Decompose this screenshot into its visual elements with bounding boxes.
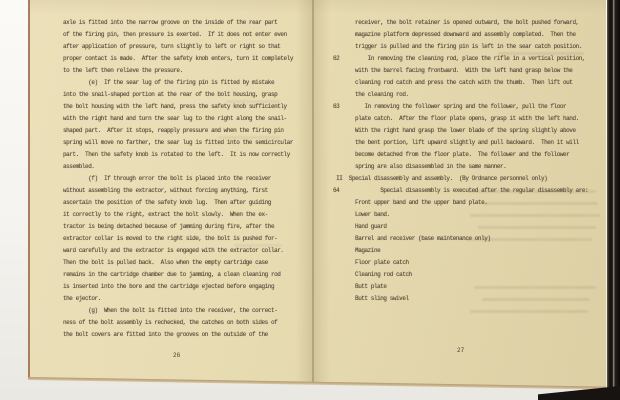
text-line: Then the bolt is pulled back. Also when … xyxy=(63,257,309,269)
bleed-through-mark xyxy=(226,100,280,103)
text-line: with the barrel facing frontward. With t… xyxy=(333,65,601,77)
text-line: Floor plate catch xyxy=(333,257,601,269)
text-line: With the right hand grasp the lower blad… xyxy=(333,125,601,137)
text-line: II Special disassembly and assembly. (By… xyxy=(333,173,601,185)
text-line: (g) When the bolt is fitted into the rec… xyxy=(63,305,309,317)
text-line: the cleaning rod. xyxy=(333,89,601,101)
bleed-through-mark xyxy=(468,190,596,193)
bleed-through-mark xyxy=(498,52,584,55)
text-line: of the firing pin, then pressure is exer… xyxy=(63,29,309,41)
text-line: cleaning rod catch and press the catch w… xyxy=(333,77,601,89)
text-line: without assembling the extractor, withou… xyxy=(63,185,309,197)
left-page-text: axle is fitted into the narrow groove on… xyxy=(63,17,309,341)
bleed-through-mark xyxy=(234,244,282,247)
bleed-through-mark xyxy=(478,226,596,229)
text-line: receiver, the bolt retainer is opened ou… xyxy=(333,17,601,29)
right-page-number: 27 xyxy=(457,347,464,354)
text-line: proper contact is made. After the safety… xyxy=(63,53,309,65)
text-line: the ejector. xyxy=(63,293,309,305)
bleed-through-mark xyxy=(482,202,598,205)
text-line: 63 In removing the follower spring and t… xyxy=(333,101,601,113)
bleed-through-mark xyxy=(470,214,600,217)
bleed-through-mark xyxy=(474,286,596,289)
text-line: plate catch. After the floor plate opens… xyxy=(333,113,601,125)
text-line: (e) If the sear lug of the firing pin is… xyxy=(63,77,309,89)
text-line: ness of the bolt assembly is rechecked, … xyxy=(63,317,309,329)
text-line: remains in the cartridge chamber due to … xyxy=(63,269,309,281)
text-line: axle is fitted into the narrow groove on… xyxy=(63,17,309,29)
text-line: to the left then relieve the pressure. xyxy=(63,65,309,77)
bleed-through-mark xyxy=(218,136,280,139)
text-line: magazine platform depressed downward and… xyxy=(333,29,601,41)
text-line: the bolt covers are fitted into the groo… xyxy=(63,329,309,341)
text-line: part. Then the safety knob is rotated to… xyxy=(63,149,309,161)
text-line: is inserted into the bore and the cartri… xyxy=(63,281,309,293)
text-line: Cleaning rod catch xyxy=(333,269,601,281)
right-page-text: receiver, the bolt retainer is opened ou… xyxy=(333,17,601,305)
text-line: become detached from the floor plate. Th… xyxy=(333,149,601,161)
book-paper: axle is fitted into the narrow groove on… xyxy=(28,0,608,400)
text-line: Magazine xyxy=(333,245,601,257)
bleed-through-mark xyxy=(470,310,588,313)
text-line: spring are also disassembled in the same… xyxy=(333,161,601,173)
bleed-through-mark xyxy=(466,238,592,241)
text-line: with the right hand and turn the sear lu… xyxy=(63,113,309,125)
gutter-line xyxy=(312,0,314,382)
text-line: tractor is being detached because of jam… xyxy=(63,221,309,233)
text-line: assembled. xyxy=(63,161,309,173)
text-line: it correctly to the right, extract the b… xyxy=(63,209,309,221)
text-line: the bent portion, lift upward slightly a… xyxy=(333,137,601,149)
bleed-through-mark xyxy=(482,298,590,301)
scanned-book-spread: axle is fitted into the narrow groove on… xyxy=(0,0,620,400)
text-line: ascertain the position of the safety kno… xyxy=(63,197,309,209)
text-line: after application of pressure, turn slig… xyxy=(63,41,309,53)
left-page-number: 26 xyxy=(173,352,180,359)
text-line: (f) If through error the bolt is placed … xyxy=(63,173,309,185)
scan-right-black-edge xyxy=(607,0,620,400)
